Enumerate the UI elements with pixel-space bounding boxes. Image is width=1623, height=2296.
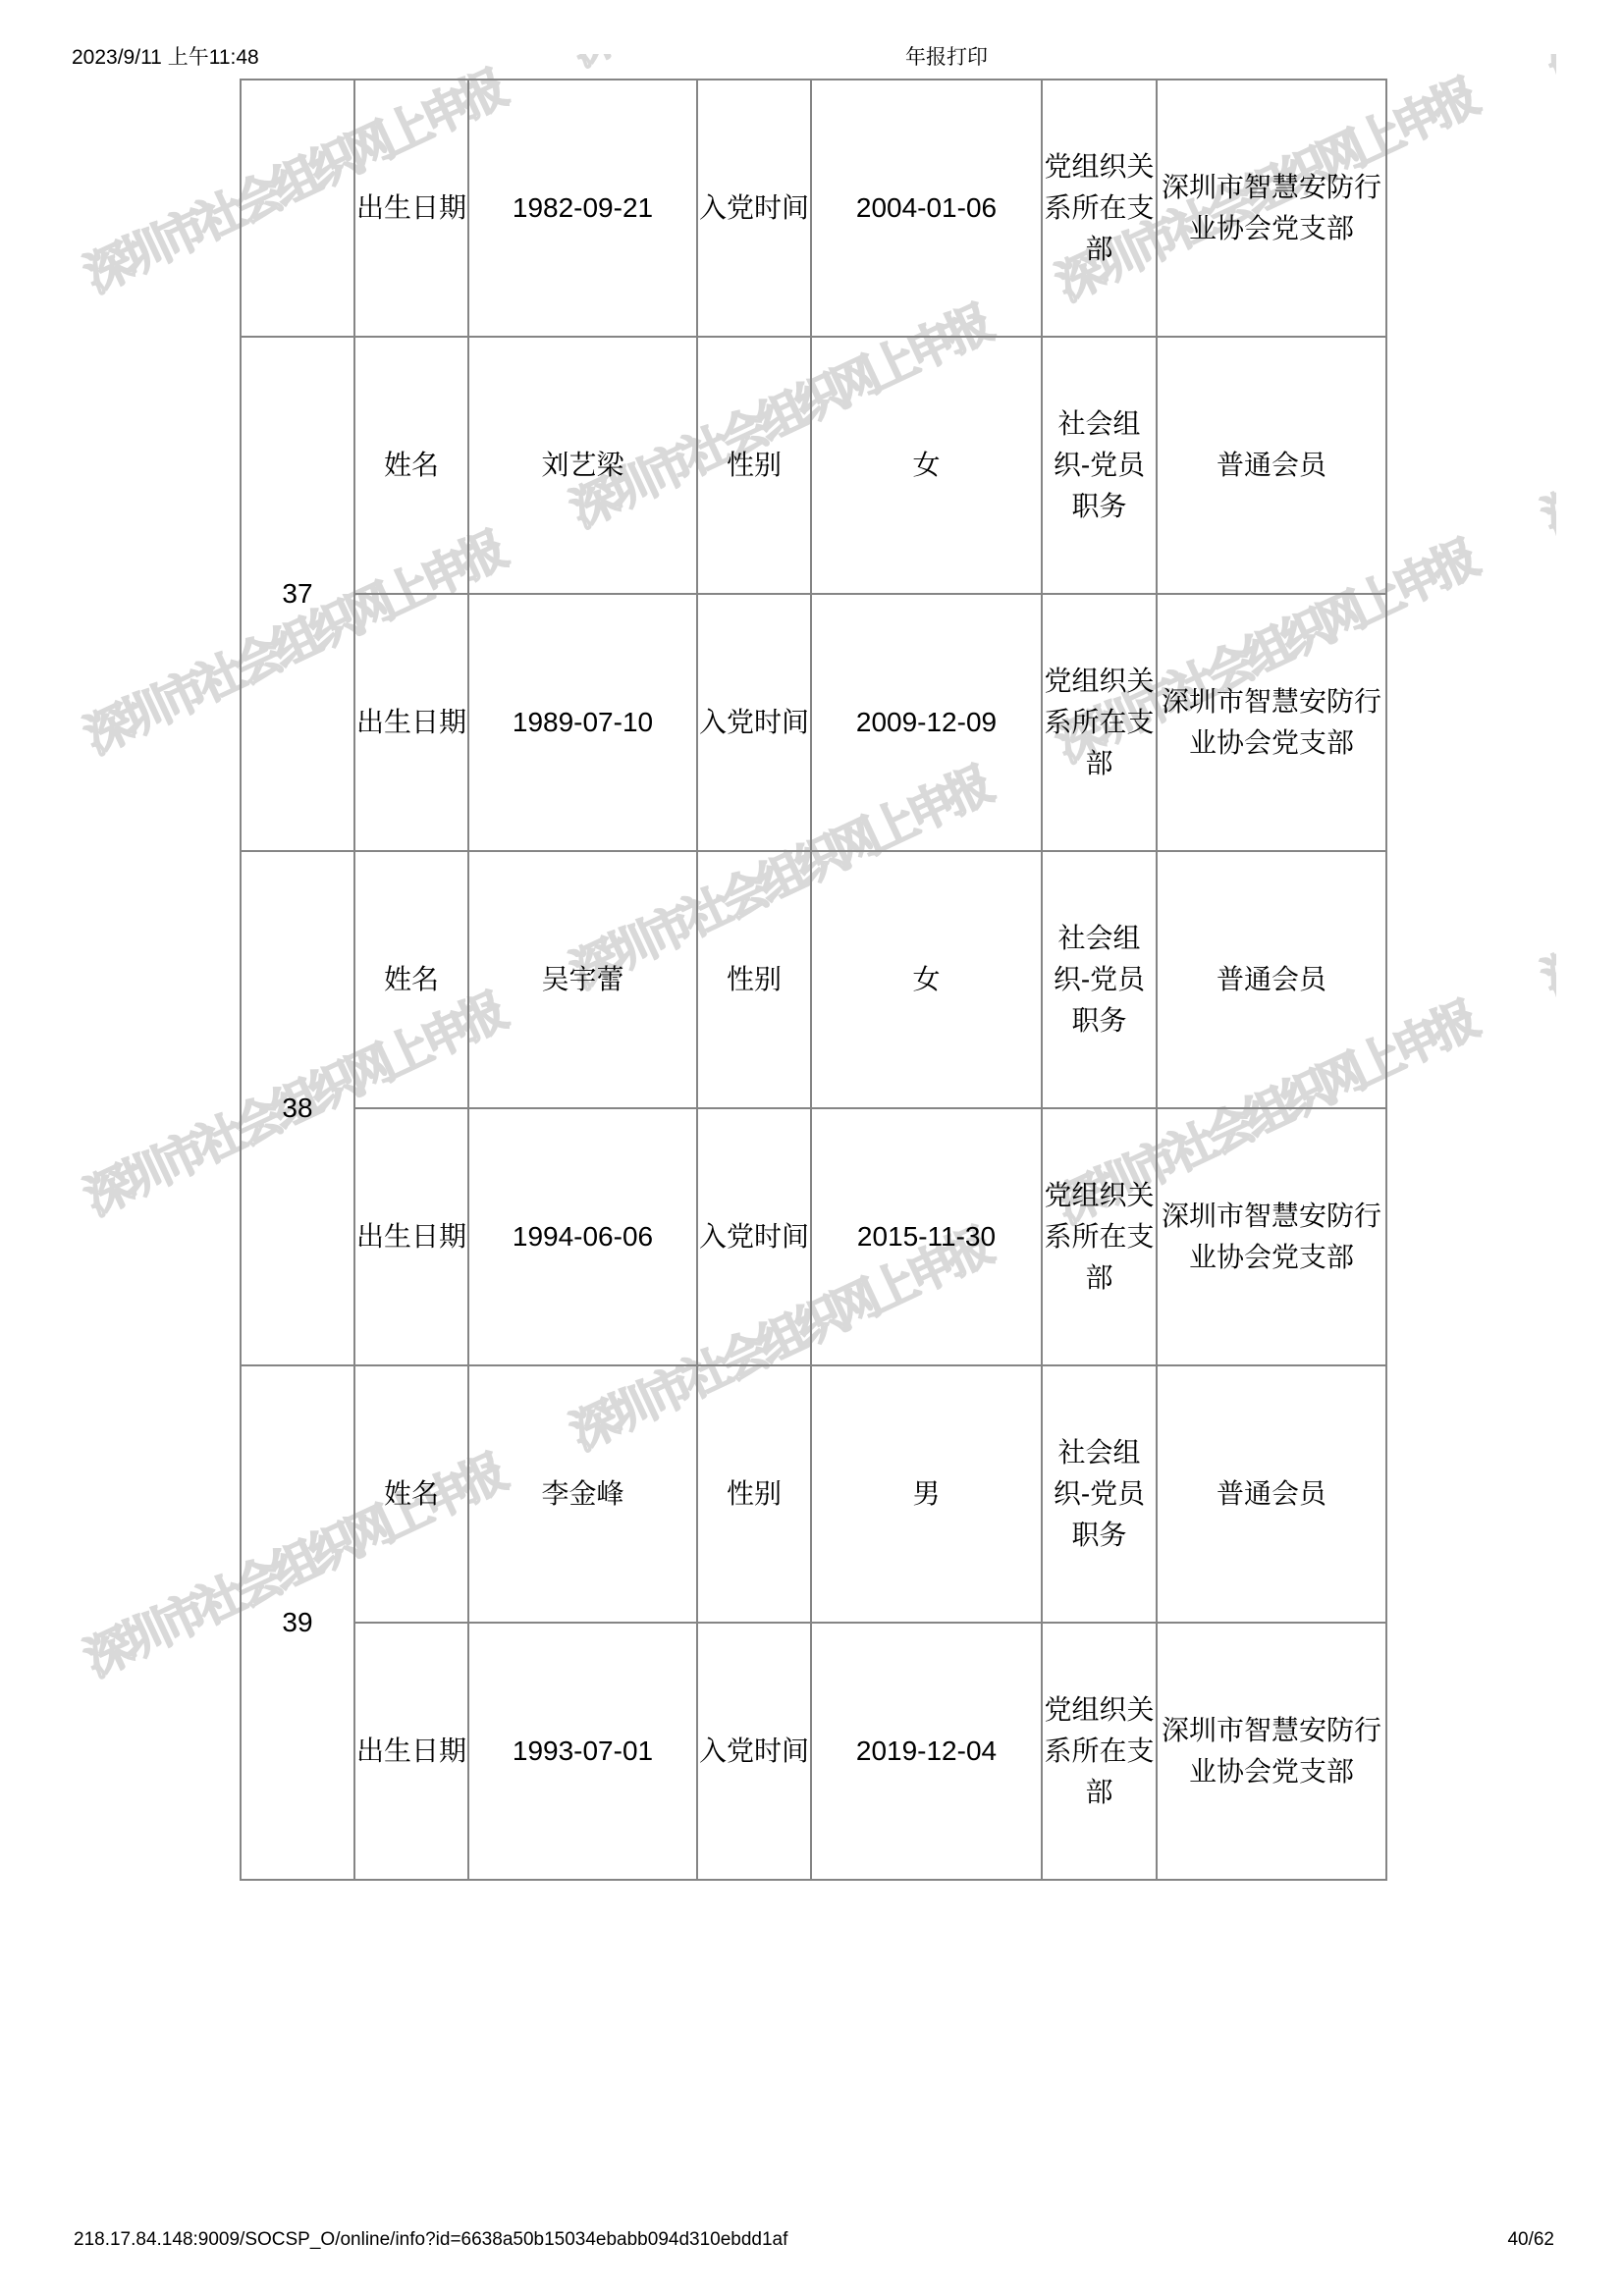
member-table: 出生日期 1982-09-21 入党时间 2004-01-06 党组织关系所在支… bbox=[240, 79, 1387, 1881]
join-value: 2015-11-30 bbox=[811, 1108, 1042, 1365]
row-number-cell: 39 bbox=[241, 1365, 354, 1880]
birth-value: 1982-09-21 bbox=[468, 80, 697, 337]
branch-value: 深圳市智慧安防行业协会党支部 bbox=[1157, 1623, 1386, 1880]
row-number-cell: 37 bbox=[241, 337, 354, 851]
branch-label: 党组织关系所在支部 bbox=[1042, 1108, 1157, 1365]
footer-page-number: 40/62 bbox=[1507, 2229, 1554, 2251]
position-value: 普通会员 bbox=[1157, 1365, 1386, 1623]
position-value: 普通会员 bbox=[1157, 851, 1386, 1108]
birth-label: 出生日期 bbox=[354, 80, 468, 337]
print-datetime: 2023/9/11 上午11:48 bbox=[72, 41, 259, 71]
gender-value: 男 bbox=[811, 1365, 1042, 1623]
row-number-cell: 38 bbox=[241, 851, 354, 1365]
table-row: 39 姓名 李金峰 性别 男 社会组织-党员职务 普通会员 bbox=[241, 1365, 1386, 1623]
branch-label: 党组织关系所在支部 bbox=[1042, 594, 1157, 851]
page-title: 年报打印 bbox=[905, 41, 988, 71]
name-label: 姓名 bbox=[354, 851, 468, 1108]
join-label: 入党时间 bbox=[697, 1623, 811, 1880]
table-row: 出生日期 1993-07-01 入党时间 2019-12-04 党组织关系所在支… bbox=[241, 1623, 1386, 1880]
table-row: 出生日期 1994-06-06 入党时间 2015-11-30 党组织关系所在支… bbox=[241, 1108, 1386, 1365]
gender-value: 女 bbox=[811, 337, 1042, 594]
join-label: 入党时间 bbox=[697, 80, 811, 337]
join-value: 2019-12-04 bbox=[811, 1623, 1042, 1880]
gender-label: 性别 bbox=[697, 1365, 811, 1623]
gender-label: 性别 bbox=[697, 851, 811, 1108]
gender-label: 性别 bbox=[697, 337, 811, 594]
name-value: 刘艺梁 bbox=[468, 337, 697, 594]
join-label: 入党时间 bbox=[697, 1108, 811, 1365]
position-label: 社会组织-党员职务 bbox=[1042, 851, 1157, 1108]
join-value: 2009-12-09 bbox=[811, 594, 1042, 851]
row-number-cell bbox=[241, 80, 354, 337]
branch-value: 深圳市智慧安防行业协会党支部 bbox=[1157, 594, 1386, 851]
name-label: 姓名 bbox=[354, 1365, 468, 1623]
birth-value: 1993-07-01 bbox=[468, 1623, 697, 1880]
branch-value: 深圳市智慧安防行业协会党支部 bbox=[1157, 80, 1386, 337]
birth-value: 1989-07-10 bbox=[468, 594, 697, 851]
table-row: 37 姓名 刘艺梁 性别 女 社会组织-党员职务 普通会员 bbox=[241, 337, 1386, 594]
position-value: 普通会员 bbox=[1157, 337, 1386, 594]
birth-label: 出生日期 bbox=[354, 1623, 468, 1880]
name-label: 姓名 bbox=[354, 337, 468, 594]
name-value: 李金峰 bbox=[468, 1365, 697, 1623]
birth-value: 1994-06-06 bbox=[468, 1108, 697, 1365]
gender-value: 女 bbox=[811, 851, 1042, 1108]
table-row: 出生日期 1989-07-10 入党时间 2009-12-09 党组织关系所在支… bbox=[241, 594, 1386, 851]
position-label: 社会组织-党员职务 bbox=[1042, 1365, 1157, 1623]
birth-label: 出生日期 bbox=[354, 1108, 468, 1365]
branch-label: 党组织关系所在支部 bbox=[1042, 1623, 1157, 1880]
table-row-partial: 出生日期 1982-09-21 入党时间 2004-01-06 党组织关系所在支… bbox=[241, 80, 1386, 337]
table-row: 38 姓名 吴宇蕾 性别 女 社会组织-党员职务 普通会员 bbox=[241, 851, 1386, 1108]
position-label: 社会组织-党员职务 bbox=[1042, 337, 1157, 594]
join-label: 入党时间 bbox=[697, 594, 811, 851]
birth-label: 出生日期 bbox=[354, 594, 468, 851]
name-value: 吴宇蕾 bbox=[468, 851, 697, 1108]
footer-url: 218.17.84.148:9009/SOCSP_O/online/info?i… bbox=[74, 2229, 787, 2251]
branch-label: 党组织关系所在支部 bbox=[1042, 80, 1157, 337]
branch-value: 深圳市智慧安防行业协会党支部 bbox=[1157, 1108, 1386, 1365]
join-value: 2004-01-06 bbox=[811, 80, 1042, 337]
